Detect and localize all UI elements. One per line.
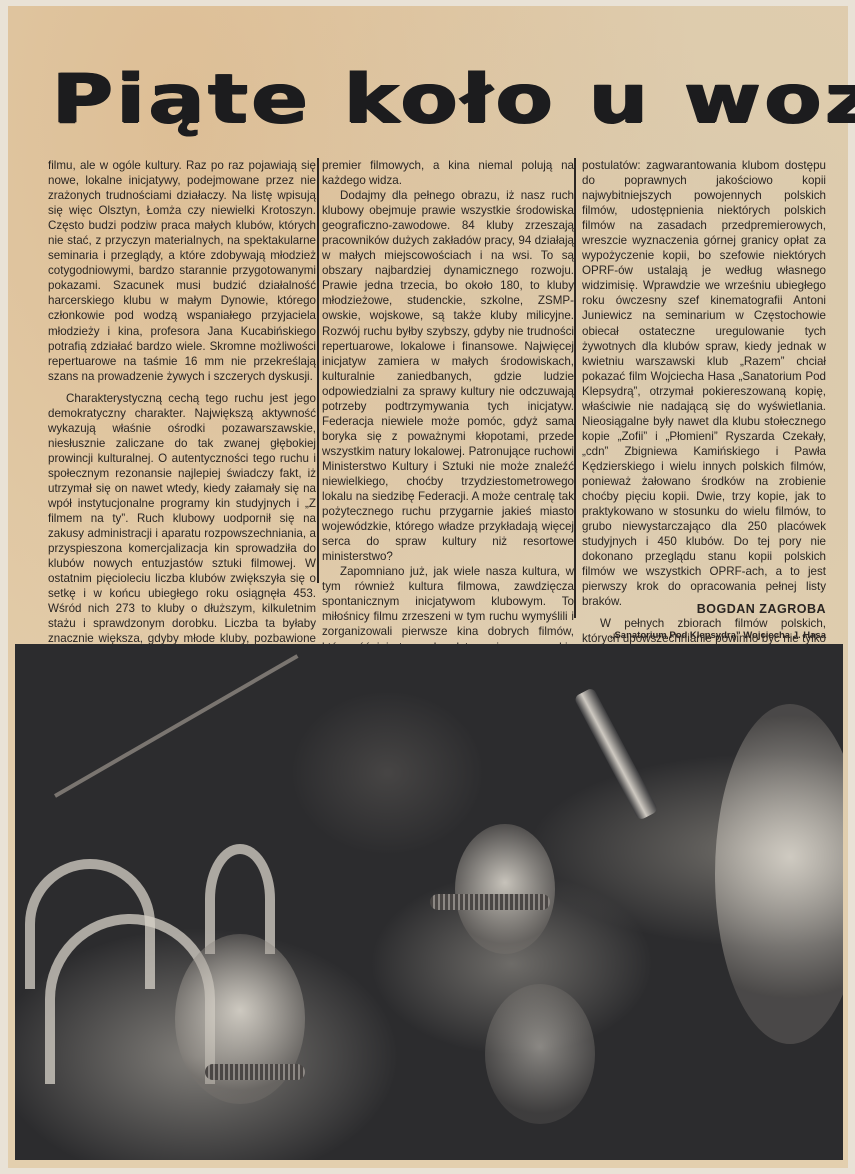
column-divider	[317, 158, 319, 583]
paragraph: Dodajmy dla pełnego obrazu, iż nasz ruch…	[322, 188, 574, 564]
headline: Piąte koło u wozu ?	[52, 54, 855, 146]
paragraph: postulatów: zagwarantowania klubom dostę…	[582, 158, 826, 609]
paragraph: filmu, ale w ogóle kultury. Raz po raz p…	[48, 158, 316, 384]
author-byline: BOGDAN ZAGROBA	[582, 602, 826, 616]
photo-detail	[430, 894, 550, 910]
photo-detail	[54, 654, 298, 797]
paragraph: premier filmowych, a kina niemal polują …	[322, 158, 574, 188]
photo-detail	[715, 704, 843, 1044]
photo-detail	[455, 824, 555, 954]
photo-detail	[205, 1064, 305, 1080]
photo-detail	[485, 984, 595, 1124]
film-still-photo	[15, 644, 843, 1160]
photo-detail	[573, 687, 658, 821]
column-divider	[574, 158, 576, 618]
photo-caption: „Sanatorium Pod Klepsydrą” Wojciecha J. …	[568, 630, 826, 641]
